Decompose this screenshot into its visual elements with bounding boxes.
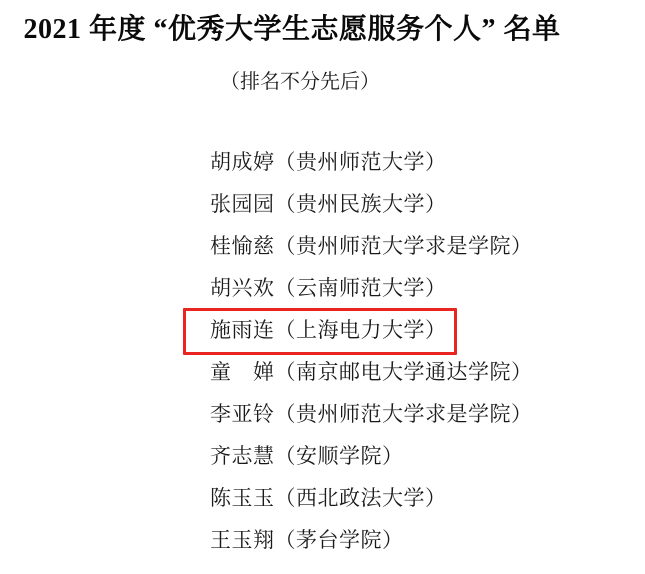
list-item: 陈玉玉（西北政法大学） <box>210 476 533 518</box>
list-item: 王玉翔（茅台学院） <box>210 518 533 560</box>
list-item: 胡成婷（贵州师范大学） <box>210 140 533 182</box>
list-item: 童 婵（南京邮电大学通达学院） <box>210 350 533 392</box>
page-title: 2021 年度 “优秀大学生志愿服务个人” 名单 <box>0 12 584 48</box>
list-item: 张园园（贵州民族大学） <box>210 182 533 224</box>
list-item: 桂愉慈（贵州师范大学求是学院） <box>210 224 533 266</box>
document-page: 2021 年度 “优秀大学生志愿服务个人” 名单 （排名不分先后） 胡成婷（贵州… <box>0 0 645 574</box>
list-item: 胡兴欢（云南师范大学） <box>210 266 533 308</box>
list-item-highlighted: 施雨连（上海电力大学） <box>210 308 533 350</box>
awardee-list: 胡成婷（贵州师范大学） 张园园（贵州民族大学） 桂愉慈（贵州师范大学求是学院） … <box>210 140 533 560</box>
list-item: 李亚铃（贵州师范大学求是学院） <box>210 392 533 434</box>
subtitle: （排名不分先后） <box>0 68 600 96</box>
list-item: 齐志慧（安顺学院） <box>210 434 533 476</box>
